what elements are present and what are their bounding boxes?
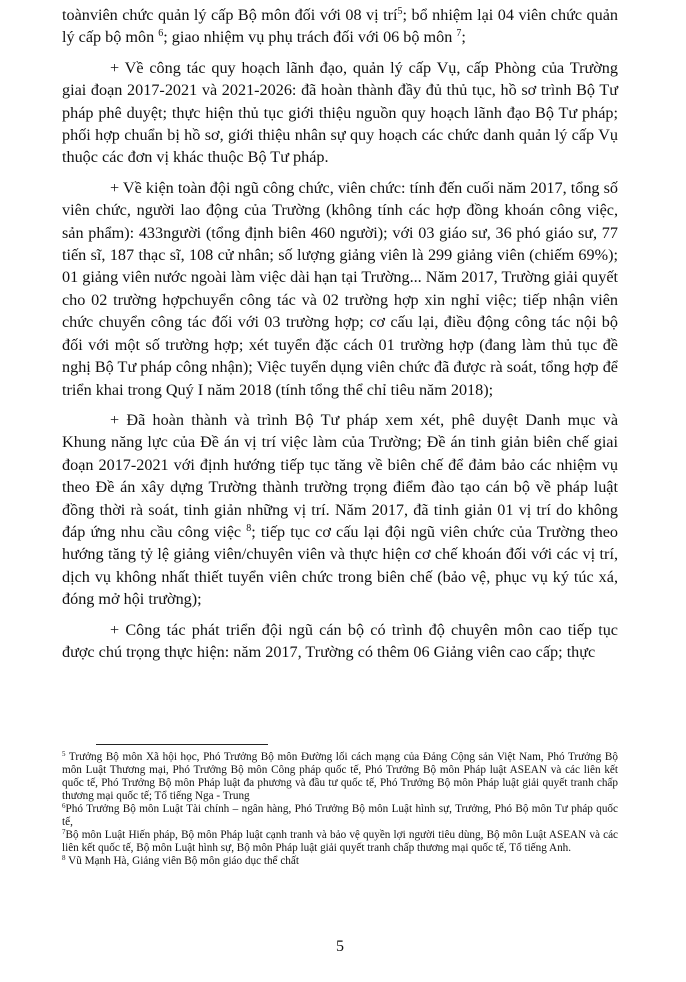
footnote-number: 8 <box>62 854 66 862</box>
paragraph: toànviên chức quản lý cấp Bộ môn đối với… <box>62 4 618 49</box>
footnote-text: Vũ Mạnh Hà, Giảng viên Bộ môn giáo dục t… <box>68 855 299 867</box>
footnote-separator <box>96 744 268 745</box>
body-text: toànviên chức quản lý cấp Bộ môn đối với… <box>62 4 618 671</box>
footnote: 6Phó Trưởng Bộ môn Luật Tài chính – ngân… <box>62 803 618 829</box>
paragraph-text: ; <box>461 28 466 46</box>
footnotes: 5 Trưởng Bộ môn Xã hội học, Phó Trưởng B… <box>62 751 618 868</box>
paragraph-text: + Về kiện toàn đội ngũ công chức, viên c… <box>62 179 618 399</box>
footnote-text: Bộ môn Luật Hiến pháp, Bộ môn Pháp luật … <box>62 829 618 854</box>
paragraph-text: + Về công tác quy hoạch lãnh đạo, quản l… <box>62 59 618 167</box>
paragraph: + Công tác phát triển đội ngũ cán bộ có … <box>62 619 618 664</box>
paragraph-text: ; giao nhiệm vụ phụ trách đối với 06 bộ … <box>163 28 456 46</box>
paragraph: + Đã hoàn thành và trình Bộ Tư pháp xem … <box>62 409 618 611</box>
footnote: 5 Trưởng Bộ môn Xã hội học, Phó Trưởng B… <box>62 751 618 803</box>
paragraph-text: + Công tác phát triển đội ngũ cán bộ có … <box>62 621 618 661</box>
footnote-text: Phó Trưởng Bộ môn Luật Tài chính – ngân … <box>62 803 618 828</box>
paragraph: + Về kiện toàn đội ngũ công chức, viên c… <box>62 177 618 401</box>
footnote: 8 Vũ Mạnh Hà, Giảng viên Bộ môn giáo dục… <box>62 855 618 868</box>
paragraph: + Về công tác quy hoạch lãnh đạo, quản l… <box>62 57 618 169</box>
footnote-number: 5 <box>62 750 66 758</box>
paragraph-text: + Đã hoàn thành và trình Bộ Tư pháp xem … <box>62 411 618 541</box>
paragraph-text: toànviên chức quản lý cấp Bộ môn đối với… <box>62 6 398 24</box>
footnote-text: Trưởng Bộ môn Xã hội học, Phó Trưởng Bộ … <box>62 751 618 802</box>
footnote: 7Bộ môn Luật Hiến pháp, Bộ môn Pháp luật… <box>62 829 618 855</box>
page-number: 5 <box>62 938 618 956</box>
